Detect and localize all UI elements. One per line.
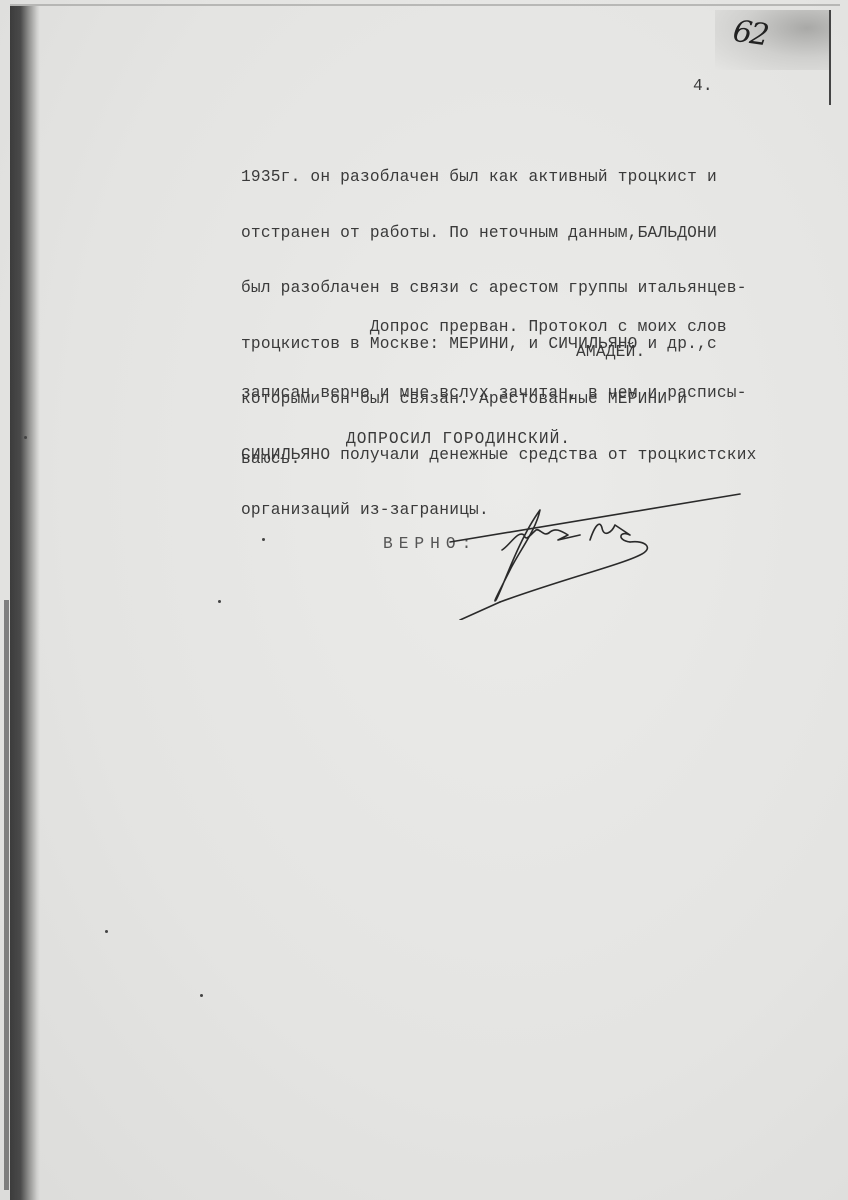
binding-edge-line bbox=[4, 600, 9, 1190]
interrogator-line: ДОПРОСИЛ ГОРОДИНСКИЙ. bbox=[346, 430, 571, 449]
handwritten-signature-icon bbox=[440, 480, 760, 620]
closing-line: ваюсь. bbox=[241, 448, 747, 470]
body-line: отстранен от работы. По неточным данным,… bbox=[241, 224, 757, 243]
margin-mark bbox=[200, 994, 203, 997]
binding-shadow bbox=[10, 6, 40, 1200]
page-top-edge bbox=[10, 4, 840, 6]
archive-sheet-number: 62 bbox=[731, 14, 770, 53]
closing-line: записан верно и мне вслух зачитан, в чем… bbox=[241, 382, 747, 404]
signatory-name: АМАДЕЙ. bbox=[576, 343, 645, 362]
closing-statement: Допрос прерван. Протокол с моих слов зап… bbox=[241, 272, 747, 514]
page-number: 4. bbox=[693, 77, 713, 96]
margin-mark bbox=[24, 436, 27, 439]
page-right-edge bbox=[829, 10, 831, 105]
margin-mark bbox=[218, 600, 221, 603]
closing-line: Допрос прерван. Протокол с моих слов bbox=[241, 316, 747, 338]
margin-mark bbox=[262, 538, 265, 541]
margin-mark bbox=[105, 930, 108, 933]
document-page: 62 4. 1935г. он разоблачен был как актив… bbox=[0, 0, 848, 1200]
body-line: 1935г. он разоблачен был как активный тр… bbox=[241, 168, 757, 187]
